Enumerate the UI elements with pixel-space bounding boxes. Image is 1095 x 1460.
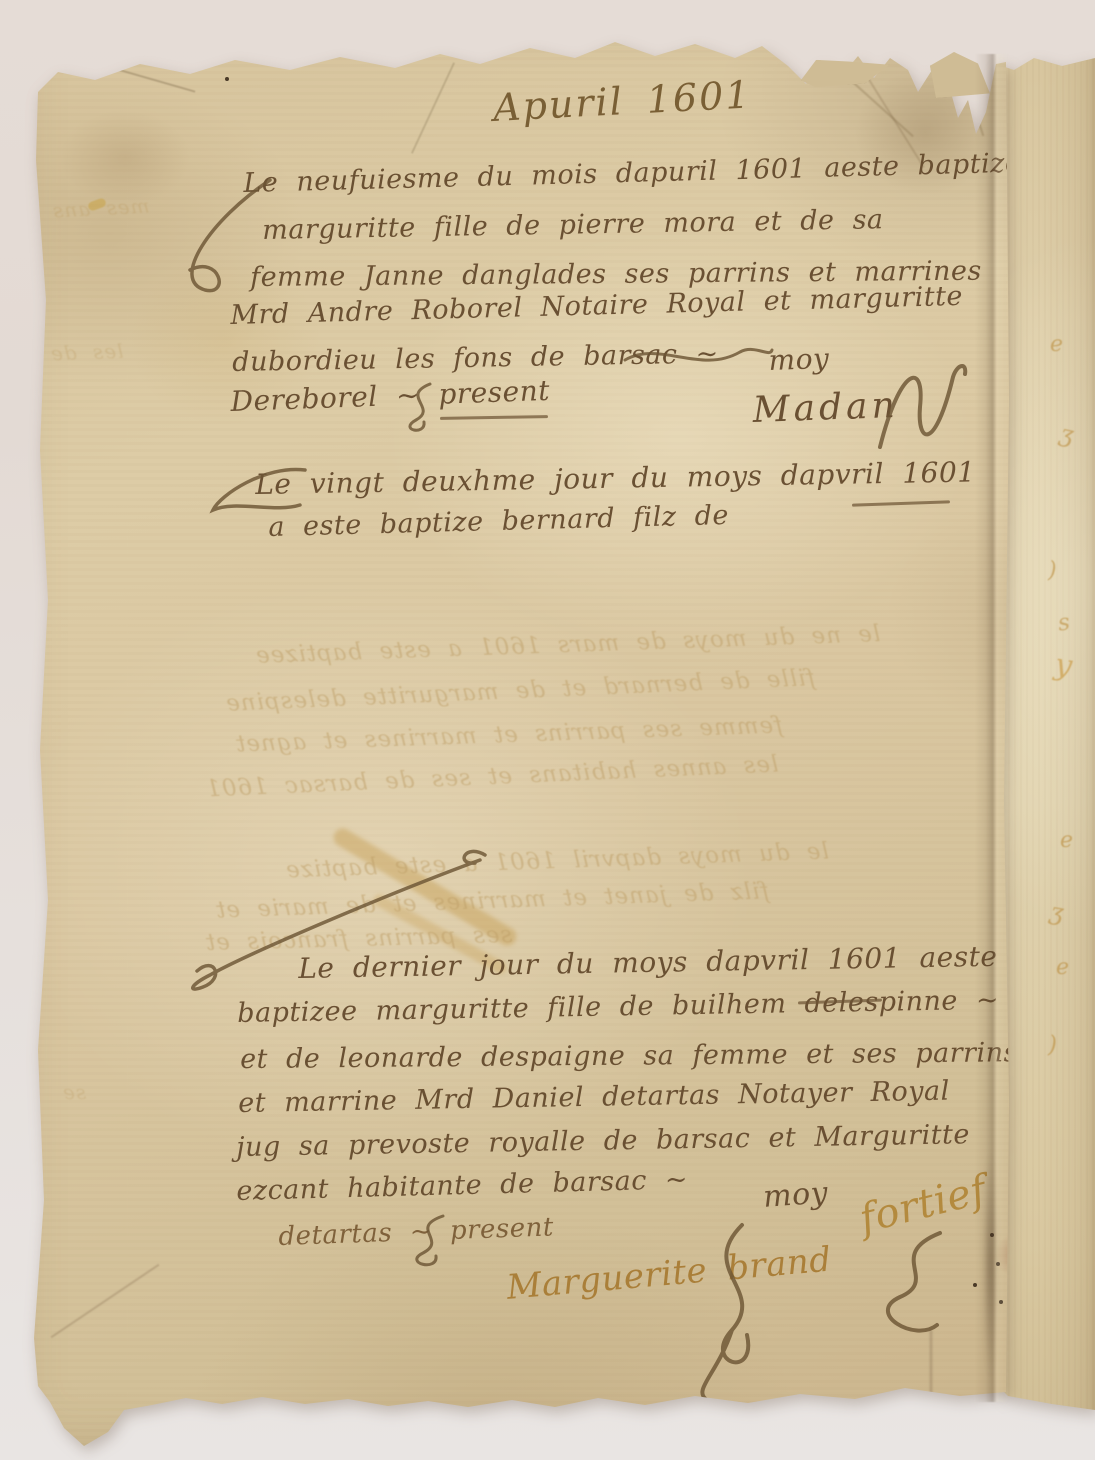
paraph-fortief — [845, 1225, 975, 1355]
bleed-through-fragment: se — [62, 1080, 86, 1104]
ink-speck — [1013, 1253, 1020, 1260]
paraph-dereborel — [390, 378, 450, 438]
manuscript-photo: e ʒ ) s y e ʒ e ) — [0, 0, 1095, 1460]
main-page-wrap: le ne du moys de mars 1601 a este baptiz… — [0, 0, 1095, 1460]
flourish-entry3-initial — [185, 835, 505, 995]
bleed-through-fragment: mes ans — [51, 193, 150, 222]
bleed-through-fragment: les de — [50, 339, 124, 366]
paraph-detartas — [388, 1208, 468, 1278]
flourish-entry2-initial — [205, 455, 315, 525]
page-fold-crease — [975, 54, 1009, 1402]
flourish-entry1-initial — [150, 160, 280, 310]
main-page: le ne du moys de mars 1601 a este baptiz… — [0, 0, 1095, 1460]
paraph-marguerite — [672, 1215, 802, 1405]
ink-speck — [225, 77, 229, 81]
entry-3-aside-moy: moy — [762, 1175, 829, 1214]
flourish-after-barsac — [620, 330, 780, 380]
